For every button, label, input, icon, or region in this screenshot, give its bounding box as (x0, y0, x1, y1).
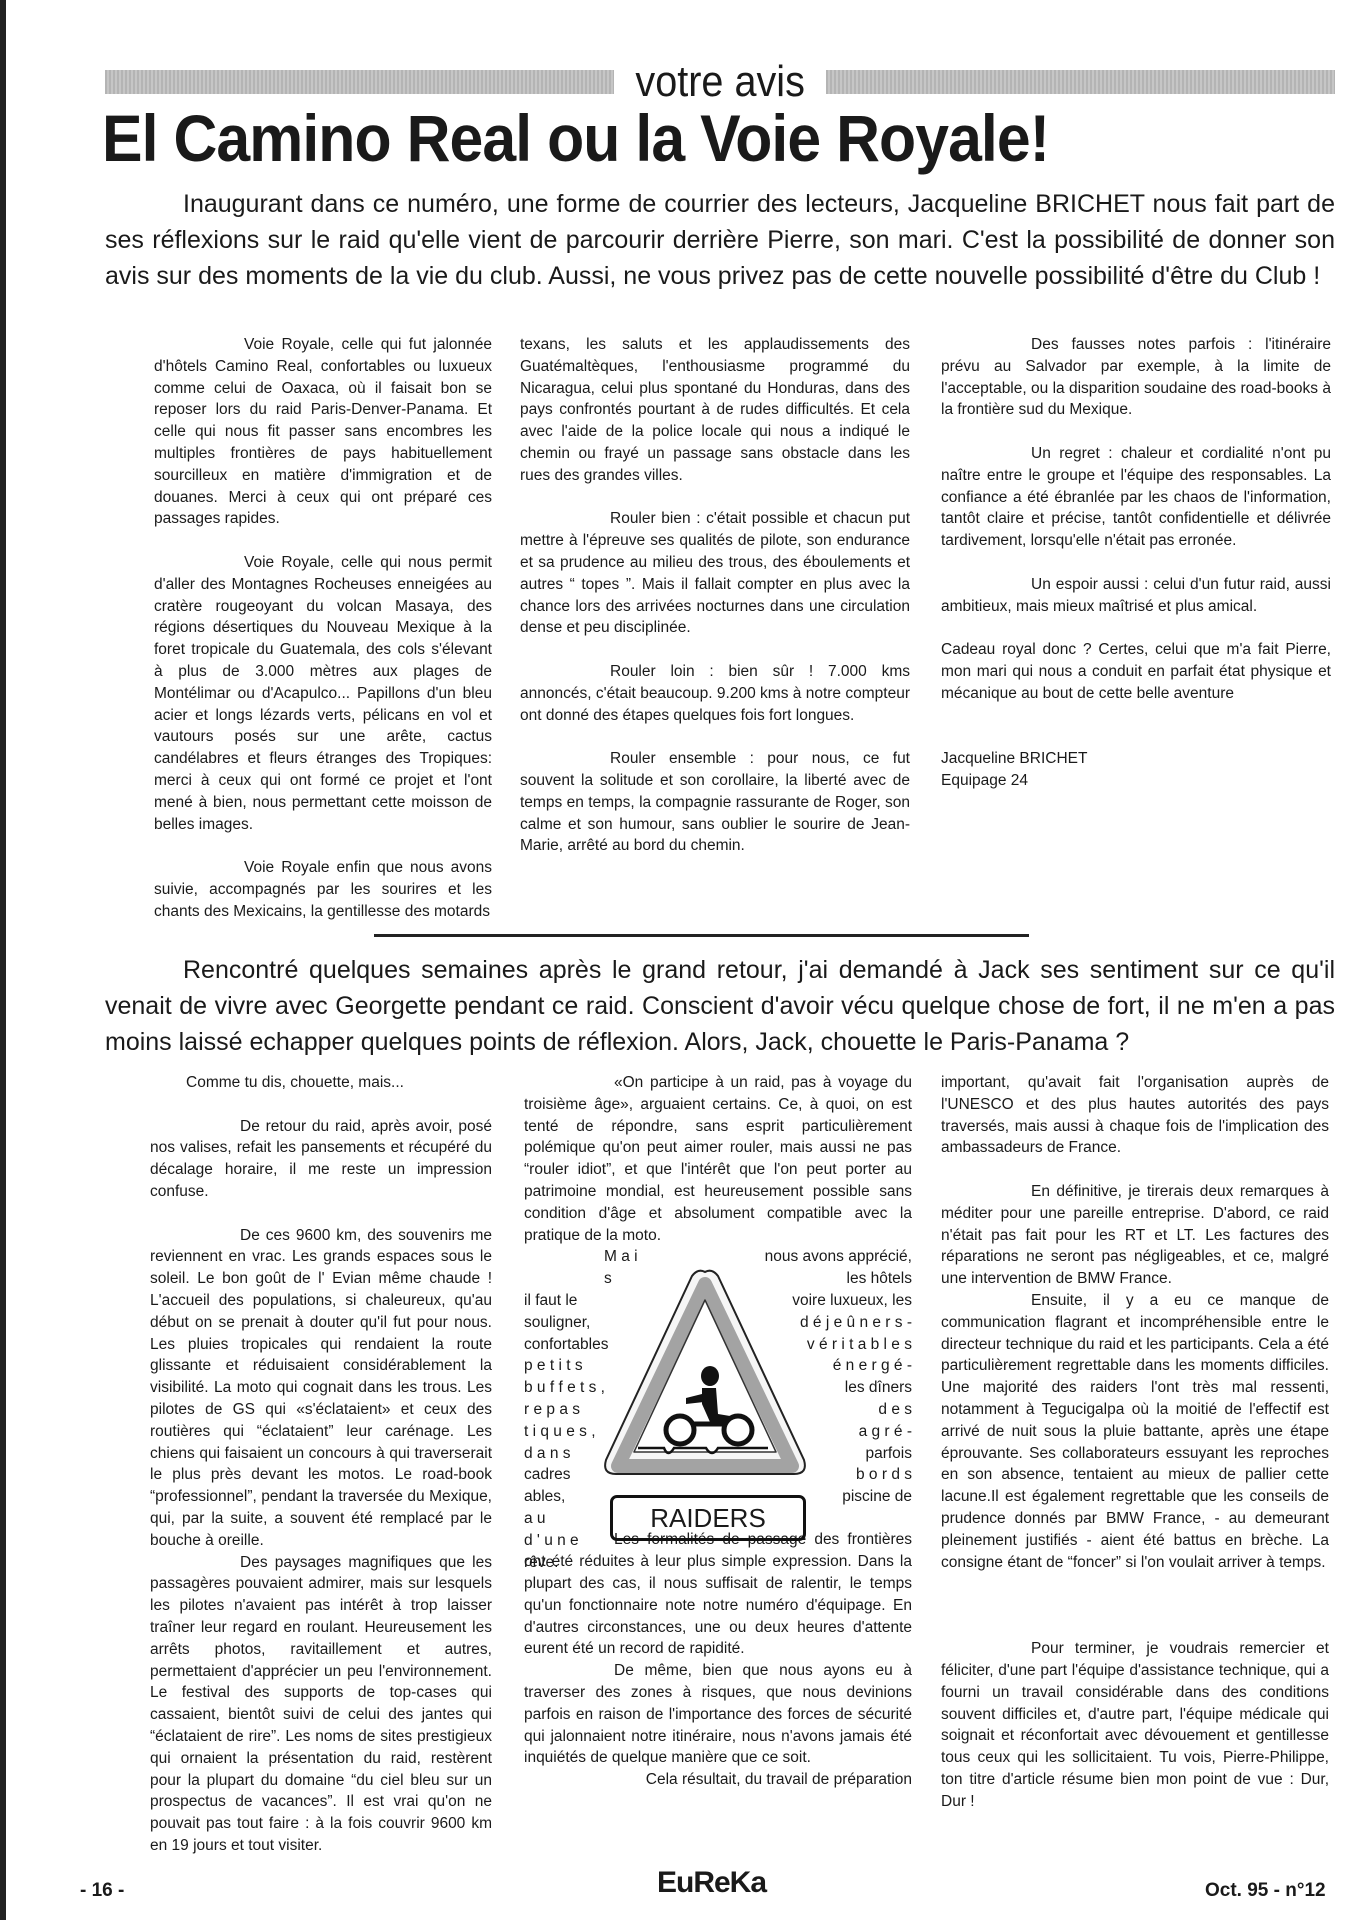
magazine-page: votre avis El Camino Real ou la Voie Roy… (0, 0, 1357, 1920)
paragraph: Rouler bien : c'était possible et chacun… (520, 508, 910, 639)
paragraph: De même, bien que nous ayons eu à traver… (524, 1660, 912, 1769)
article1-column-1: Voie Royale, celle qui fut jalonnée d'hô… (154, 334, 492, 923)
paragraph: Voie Royale, celle qui fut jalonnée d'hô… (154, 334, 492, 530)
paragraph: Rouler loin : bien sûr ! 7.000 kms annon… (520, 661, 910, 726)
paragraph: texans, les saluts et les applaudissemen… (520, 334, 910, 487)
paragraph: important, qu'avait fait l'organisation … (941, 1072, 1329, 1159)
article-intro: Inaugurant dans ce numéro, une forme de … (105, 186, 1335, 294)
intro-text: Inaugurant dans ce numéro, une forme de … (105, 186, 1335, 294)
paragraph: De ces 9600 km, des souvenirs me revienn… (150, 1225, 492, 1552)
paragraph: Rouler ensemble : pour nous, ce fut souv… (520, 748, 910, 857)
page-number: - 16 - (80, 1880, 124, 1902)
issue-label: Oct. 95 - n°12 (1205, 1880, 1326, 1902)
interview-intro: Rencontré quelques semaines après le gra… (105, 952, 1335, 1060)
signature-name: Jacqueline BRICHET (941, 748, 1331, 770)
paragraph: Voie Royale enfin que nous avons suivie,… (154, 857, 492, 922)
paragraph: Des paysages magnifiques que les passagè… (150, 1552, 492, 1857)
paragraph: Voie Royale, celle qui nous permit d'all… (154, 552, 492, 835)
wrap-line: rêve. (524, 1552, 644, 1574)
magazine-logo: EuReKa (657, 1866, 766, 1900)
paragraph: Ensuite, il y a eu ce manque de communic… (941, 1290, 1329, 1573)
article2-column-1: Comme tu dis, chouette, mais... De retou… (150, 1072, 492, 1857)
paragraph: Des fausses notes parfois : l'itinéraire… (941, 334, 1331, 421)
signature-crew: Equipage 24 (941, 770, 1331, 792)
article1-column-2: texans, les saluts et les applaudissemen… (520, 334, 910, 857)
paragraph: «On participe à un raid, pas à voyage du… (524, 1072, 912, 1246)
paragraph: Pour terminer, je voudrais remercier et … (941, 1638, 1329, 1812)
rubric-bar-left (105, 70, 614, 94)
paragraph: Cela résultait, du travail de préparatio… (524, 1769, 912, 1791)
rubric-bar-right (826, 70, 1335, 94)
motorcycle-warning-triangle-icon (598, 1264, 812, 1486)
section-divider (374, 934, 1029, 937)
rubric-label: votre avis (624, 60, 815, 104)
article1-column-3: Des fausses notes parfois : l'itinéraire… (941, 334, 1331, 792)
paragraph: Un espoir aussi : celui d'un futur raid,… (941, 574, 1331, 618)
paragraph: De retour du raid, après avoir, posé nos… (150, 1116, 492, 1203)
paragraph: Un regret : chaleur et cordialité n'ont … (941, 443, 1331, 552)
article-title: El Camino Real ou la Voie Royale! (102, 100, 1049, 176)
paragraph: Cadeau royal donc ? Certes, celui que m'… (941, 639, 1331, 704)
section-rubric: votre avis (105, 60, 1335, 104)
article2-column-3: important, qu'avait fait l'organisation … (941, 1072, 1329, 1813)
intro2-text: Rencontré quelques semaines après le gra… (105, 952, 1335, 1060)
paragraph: Comme tu dis, chouette, mais... (150, 1072, 492, 1094)
raiders-sign-label: RAIDERS (610, 1495, 806, 1541)
paragraph: En définitive, je tirerais deux remarque… (941, 1181, 1329, 1290)
scan-edge (0, 0, 6, 1920)
